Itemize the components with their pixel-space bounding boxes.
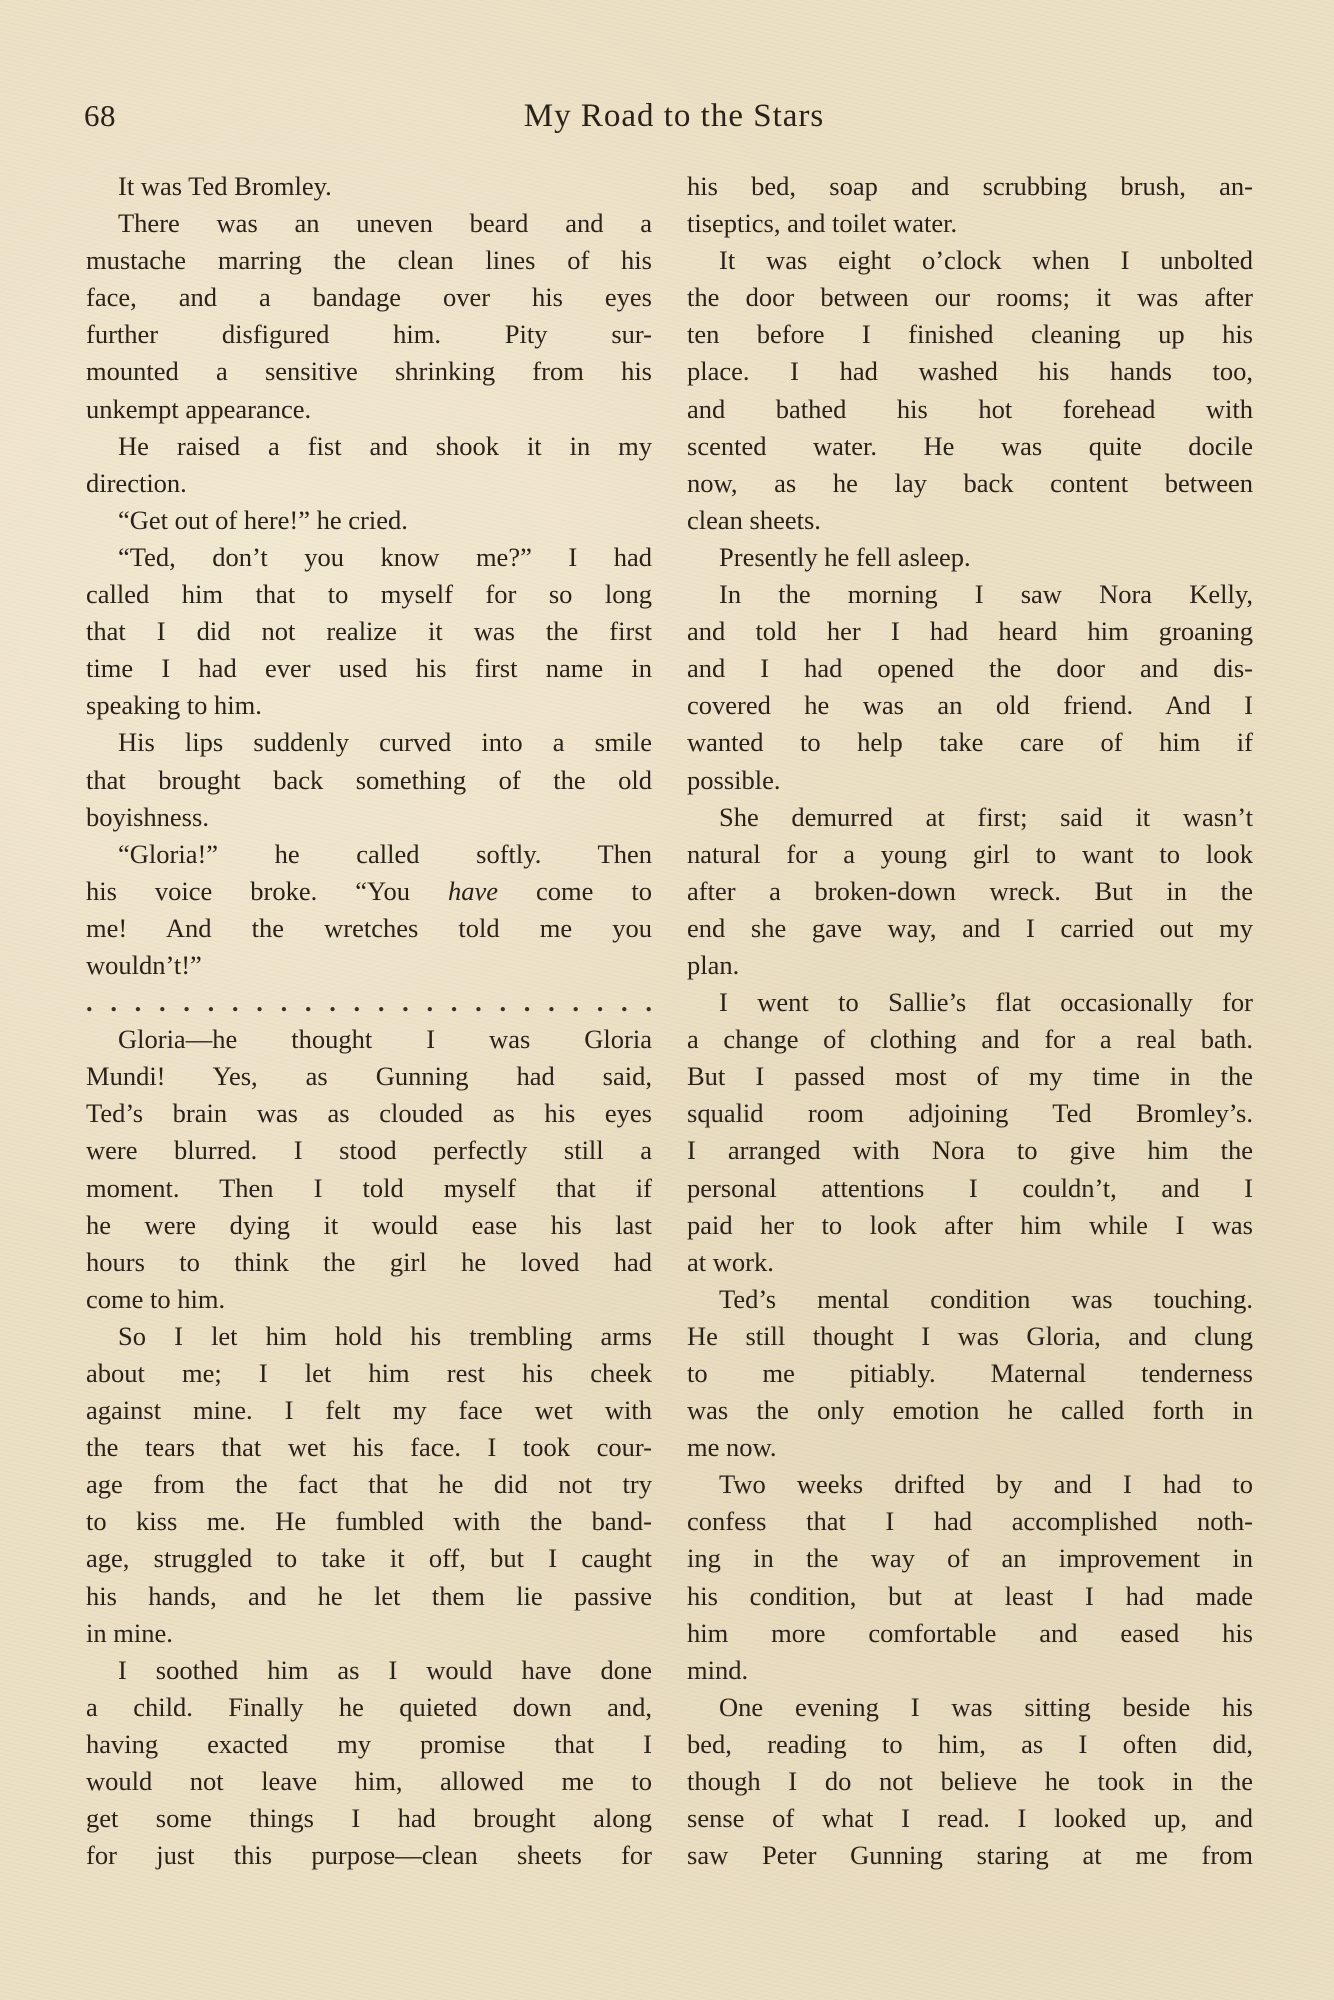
- text-line: age, struggled to take it off, but I cau…: [86, 1540, 652, 1577]
- text-line: He raised a fist and shook it in my: [86, 428, 652, 465]
- text-line: It was eight o’clock when I unbolted: [687, 242, 1253, 279]
- text-line: There was an uneven beard and a: [86, 205, 652, 242]
- text-line: ing in the way of an improvement in: [687, 1540, 1253, 1577]
- text-line: his voice broke. “You have come to: [86, 873, 652, 910]
- text-line: direction.: [86, 465, 652, 502]
- text-line: plan.: [687, 947, 1253, 984]
- text-line: confess that I had accomplished noth-: [687, 1503, 1253, 1540]
- text-line: mind.: [687, 1652, 1253, 1689]
- text-line: were blurred. I stood perfectly still a: [86, 1132, 652, 1169]
- text-line: his condition, but at least I had made: [687, 1578, 1253, 1615]
- text-line: and I had opened the door and dis-: [687, 650, 1253, 687]
- text-line: after a broken-down wreck. But in the: [687, 873, 1253, 910]
- text-line: mounted a sensitive shrinking from his: [86, 353, 652, 390]
- text-line: about me; I let him rest his cheek: [86, 1355, 652, 1392]
- text-line: a child. Finally he quieted down and,: [86, 1689, 652, 1726]
- text-line: In the morning I saw Nora Kelly,: [687, 576, 1253, 613]
- text-line: Presently he fell asleep.: [687, 539, 1253, 576]
- text-line: now, as he lay back content between: [687, 465, 1253, 502]
- text-line: get some things I had brought along: [86, 1800, 652, 1837]
- text-line: personal attentions I couldn’t, and I: [687, 1170, 1253, 1207]
- text-line: His lips suddenly curved into a smile: [86, 724, 652, 761]
- text-line: I soothed him as I would have done: [86, 1652, 652, 1689]
- text-line: paid her to look after him while I was: [687, 1207, 1253, 1244]
- text-line: “Ted, don’t you know me?” I had: [86, 539, 652, 576]
- text-line: was the only emotion he called forth in: [687, 1392, 1253, 1429]
- text-line: me now.: [687, 1429, 1253, 1466]
- text-line: I went to Sallie’s flat occasionally for: [687, 984, 1253, 1021]
- text-line: having exacted my promise that I: [86, 1726, 652, 1763]
- text-line: covered he was an old friend. And I: [687, 687, 1253, 724]
- text-line: saw Peter Gunning staring at me from: [687, 1837, 1253, 1874]
- text-line: “Gloria!” he called softly. Then: [86, 836, 652, 873]
- text-column-left: It was Ted Bromley.There was an uneven b…: [86, 168, 652, 1874]
- text-line: and told her I had heard him groaning: [687, 613, 1253, 650]
- text-line: So I let him hold his trembling arms: [86, 1318, 652, 1355]
- page-header: 68 My Road to the Stars: [84, 94, 1254, 138]
- text-line: I arranged with Nora to give him the: [687, 1132, 1253, 1169]
- text-line: time I had ever used his first name in: [86, 650, 652, 687]
- text-line: ten before I finished cleaning up his: [687, 316, 1253, 353]
- text-line: sense of what I read. I looked up, and: [687, 1800, 1253, 1837]
- text-line: moment. Then I told myself that if: [86, 1170, 652, 1207]
- text-line: He still thought I was Gloria, and clung: [687, 1318, 1253, 1355]
- text-line: come to him.: [86, 1281, 652, 1318]
- text-line: would not leave him, allowed me to: [86, 1763, 652, 1800]
- text-line: age from the fact that he did not try: [86, 1466, 652, 1503]
- text-line: a change of clothing and for a real bath…: [687, 1021, 1253, 1058]
- text-line: him more comfortable and eased his: [687, 1615, 1253, 1652]
- text-line: that I did not realize it was the first: [86, 613, 652, 650]
- text-line: squalid room adjoining Ted Bromley’s.: [687, 1095, 1253, 1132]
- text-line: bed, reading to him, as I often did,: [687, 1726, 1253, 1763]
- text-line: his hands, and he let them lie passive: [86, 1578, 652, 1615]
- text-line: mustache marring the clean lines of his: [86, 242, 652, 279]
- text-line: his bed, soap and scrubbing brush, an-: [687, 168, 1253, 205]
- text-line: called him that to myself for so long: [86, 576, 652, 613]
- text-column-right: his bed, soap and scrubbing brush, an-ti…: [687, 168, 1253, 1874]
- text-line: end she gave way, and I carried out my: [687, 910, 1253, 947]
- text-line: wanted to help take care of him if: [687, 724, 1253, 761]
- text-line: the door between our rooms; it was after: [687, 279, 1253, 316]
- italic-emphasis: have: [448, 876, 498, 906]
- text-line: speaking to him.: [86, 687, 652, 724]
- text-line: “Get out of here!” he cried.: [86, 502, 652, 539]
- text-line: unkempt appearance.: [86, 391, 652, 428]
- text-line: me! And the wretches told me you: [86, 910, 652, 947]
- section-break-dots: . . . . . . . . . . . . . . . . . . . . …: [86, 984, 652, 1021]
- running-title: My Road to the Stars: [84, 94, 1254, 138]
- text-line: to kiss me. He fumbled with the band-: [86, 1503, 652, 1540]
- text-line: Ted’s brain was as clouded as his eyes: [86, 1095, 652, 1132]
- text-line: wouldn’t!”: [86, 947, 652, 984]
- text-line: for just this purpose—clean sheets for: [86, 1837, 652, 1874]
- text-line: to me pitiably. Maternal tenderness: [687, 1355, 1253, 1392]
- text-line: One evening I was sitting beside his: [687, 1689, 1253, 1726]
- text-line: Gloria—he thought I was Gloria: [86, 1021, 652, 1058]
- text-line: he were dying it would ease his last: [86, 1207, 652, 1244]
- text-line: in mine.: [86, 1615, 652, 1652]
- text-line: She demurred at first; said it wasn’t: [687, 799, 1253, 836]
- text-line: tiseptics, and toilet water.: [687, 205, 1253, 242]
- text-line: clean sheets.: [687, 502, 1253, 539]
- text-line: that brought back something of the old: [86, 762, 652, 799]
- text-line: Two weeks drifted by and I had to: [687, 1466, 1253, 1503]
- text-line: the tears that wet his face. I took cour…: [86, 1429, 652, 1466]
- text-line: But I passed most of my time in the: [687, 1058, 1253, 1095]
- text-line: place. I had washed his hands too,: [687, 353, 1253, 390]
- text-line: It was Ted Bromley.: [86, 168, 652, 205]
- text-line: face, and a bandage over his eyes: [86, 279, 652, 316]
- text-line: against mine. I felt my face wet with: [86, 1392, 652, 1429]
- text-line: at work.: [687, 1244, 1253, 1281]
- text-line: scented water. He was quite docile: [687, 428, 1253, 465]
- text-line: possible.: [687, 762, 1253, 799]
- text-line: hours to think the girl he loved had: [86, 1244, 652, 1281]
- text-line: natural for a young girl to want to look: [687, 836, 1253, 873]
- text-line: boyishness.: [86, 799, 652, 836]
- text-line: Mundi! Yes, as Gunning had said,: [86, 1058, 652, 1095]
- text-fragment: come to: [498, 876, 652, 906]
- text-line: though I do not believe he took in the: [687, 1763, 1253, 1800]
- text-line: Ted’s mental condition was touching.: [687, 1281, 1253, 1318]
- text-line: further disfigured him. Pity sur-: [86, 316, 652, 353]
- text-fragment: his voice broke. “You: [86, 876, 448, 906]
- text-line: and bathed his hot forehead with: [687, 391, 1253, 428]
